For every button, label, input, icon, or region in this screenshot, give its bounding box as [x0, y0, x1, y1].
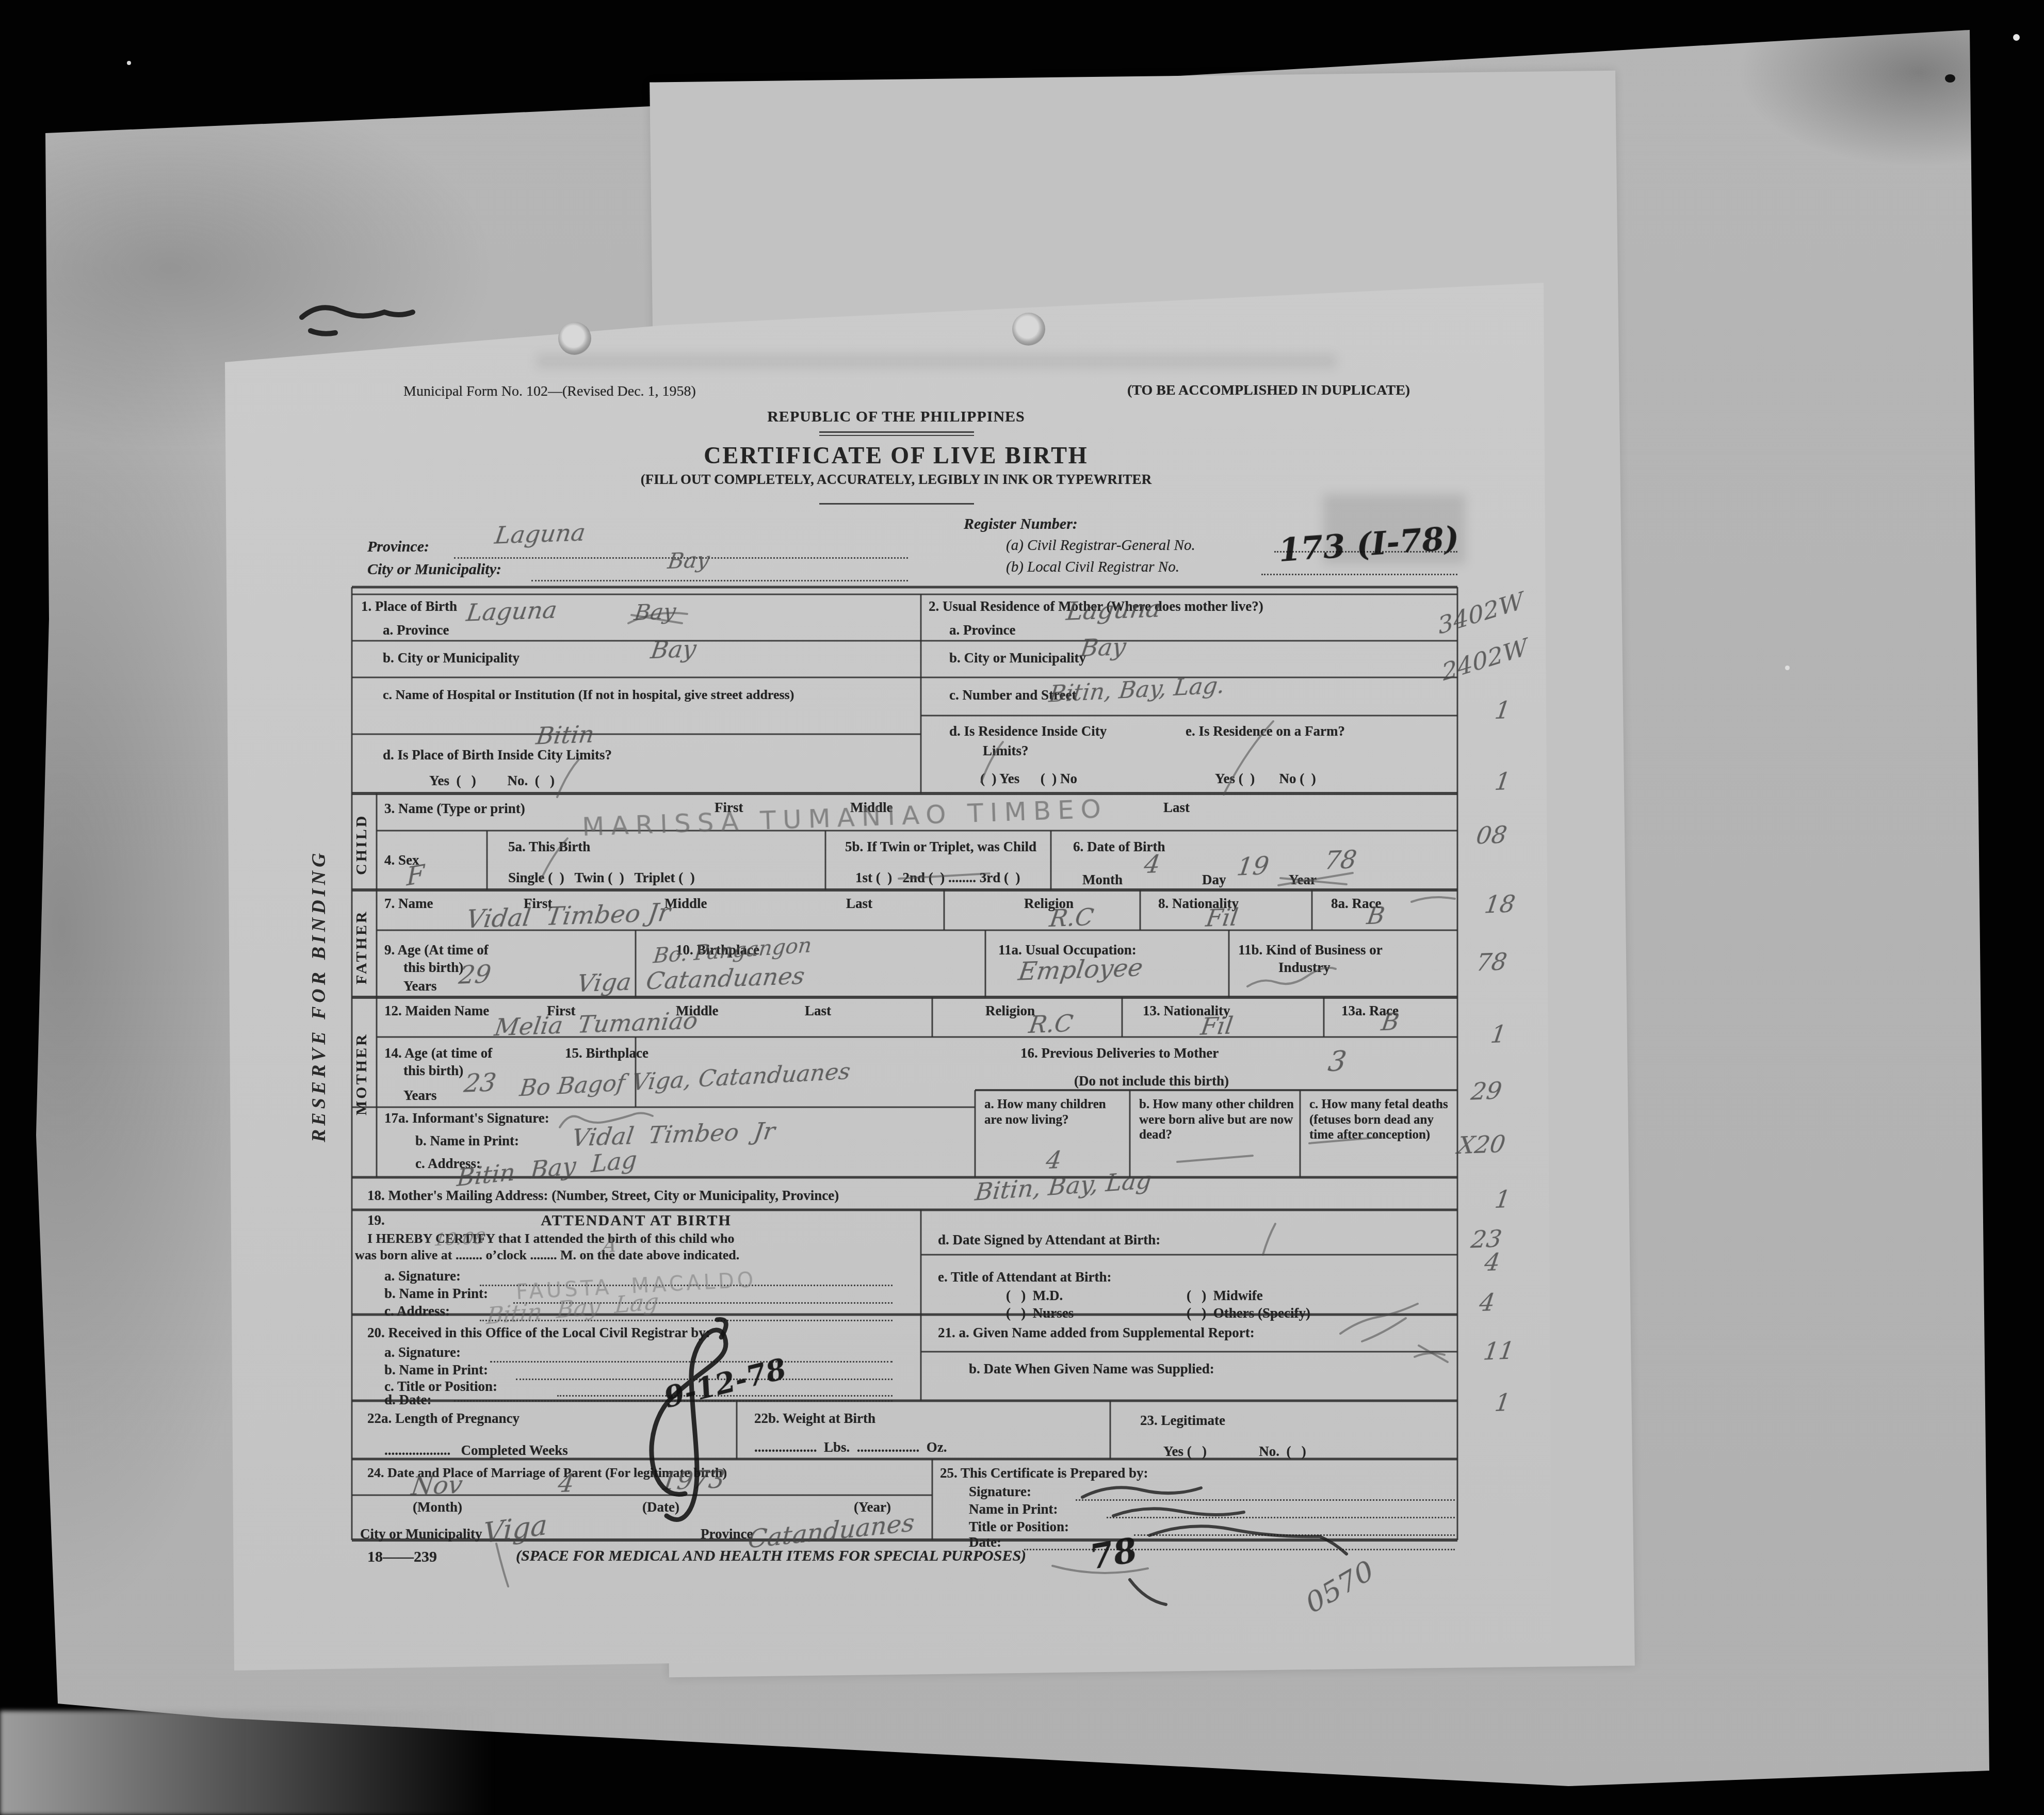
handwritten-marks — [0, 0, 2044, 1815]
microfilm-scan: Municipal Form No. 102—(Revised Dec. 1, … — [0, 0, 2044, 1815]
